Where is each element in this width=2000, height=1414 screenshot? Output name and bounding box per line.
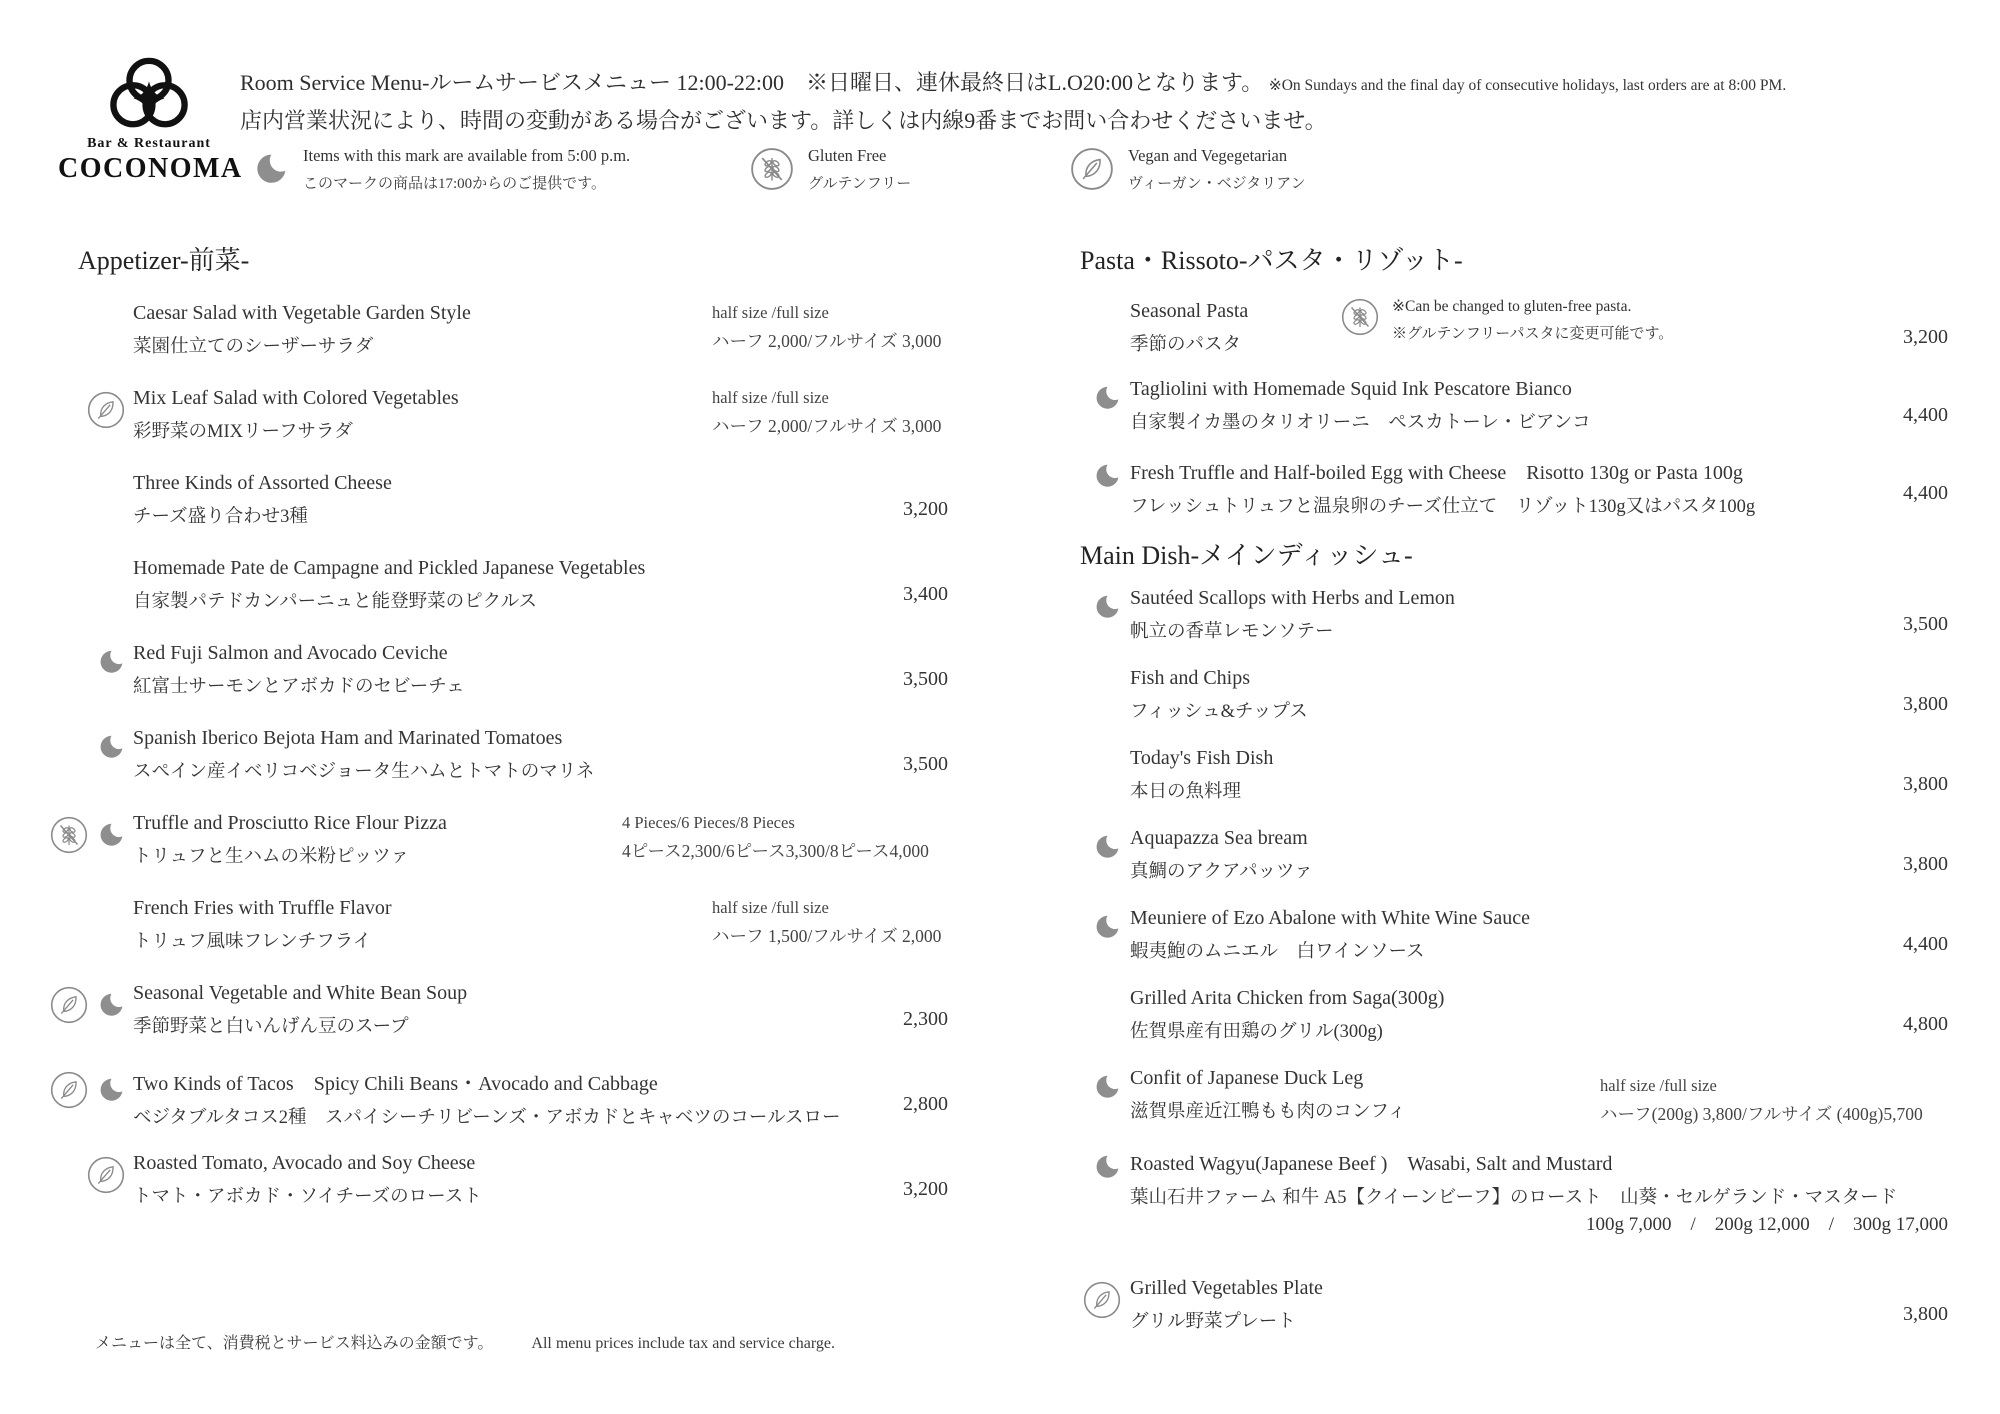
item-icons (1078, 830, 1122, 864)
item-name-ja: 本日の魚料理 (1130, 777, 1950, 803)
menu-item: Tagliolini with Homemade Squid Ink Pesca… (1078, 378, 1950, 456)
item-icons (30, 645, 126, 679)
menu-item: Three Kinds of Assorted Cheeseチーズ盛り合わせ3種… (30, 472, 950, 557)
item-name-ja: 真鯛のアクアパッツァ (1130, 857, 1950, 883)
moon-icon (1094, 459, 1122, 493)
menu-item: Seasonal Pasta季節のパスタ※Can be changed to g… (1078, 300, 1950, 378)
pasta-items: Seasonal Pasta季節のパスタ※Can be changed to g… (1078, 300, 1950, 534)
item-name-en: Grilled Vegetables Plate (1130, 1277, 1950, 1300)
legend-text-en: Items with this mark are available from … (303, 146, 630, 165)
footer-note-en: All menu prices include tax and service … (531, 1335, 835, 1352)
item-name-en: Roasted Tomato, Avocado and Soy Cheese (133, 1152, 950, 1175)
item-icons (1078, 590, 1122, 624)
item-name: Spanish Iberico Bejota Ham and Marinated… (133, 727, 950, 783)
item-name-en: Meuniere of Ezo Abalone with White Wine … (1130, 907, 1950, 930)
menu-item: Seasonal Vegetable and White Bean Soup季節… (30, 982, 950, 1067)
item-name: Three Kinds of Assorted Cheeseチーズ盛り合わせ3種 (133, 472, 950, 528)
item-icons (30, 1155, 126, 1195)
menu-item: Homemade Pate de Campagne and Pickled Ja… (30, 557, 950, 642)
item-name-ja: 佐賀県産有田鶏のグリル(300g) (1130, 1017, 1950, 1043)
item-name: Fresh Truffle and Half-boiled Egg with C… (1130, 456, 1950, 518)
item-name-en: Grilled Arita Chicken from Saga(300g) (1130, 987, 1950, 1010)
item-name-ja: 自家製イカ墨のタリオリーニ ペスカトーレ・ビアンコ (1130, 408, 1950, 434)
item-note-en: ※Can be changed to gluten-free pasta. (1392, 297, 1673, 316)
item-name: Tagliolini with Homemade Squid Ink Pesca… (1130, 378, 1950, 434)
item-icons (30, 985, 126, 1025)
item-name: Fish and Chipsフィッシュ&チップス (1130, 667, 1950, 723)
item-size: half size /full sizeハーフ(200g) 3,800/フルサイ… (1600, 1076, 1923, 1126)
menu-item: Sautéed Scallops with Herbs and Lemon帆立の… (1078, 587, 1950, 667)
item-price-line: 100g 7,000 / 200g 12,000 / 300g 17,000 (1586, 1209, 1948, 1236)
moon-icon (98, 730, 126, 764)
item-name-ja: 葉山石井ファーム 和牛 A5【クイーンビーフ】のロースト 山葵・セルゲランド・マ… (1130, 1183, 1950, 1209)
vegan-icon (86, 390, 126, 430)
item-price: 3,200 (903, 1178, 948, 1201)
item-icons (30, 1070, 126, 1110)
vegan-icon (49, 985, 89, 1025)
item-icons (30, 390, 126, 430)
footer-note-ja: メニューは全て、消費税とサービス料込みの金額です。 (95, 1335, 493, 1352)
moon-icon (98, 1073, 126, 1107)
item-size: half size /full sizeハーフ 2,000/フルサイズ 3,00… (712, 303, 941, 353)
item-size: half size /full sizeハーフ 1,500/フルサイズ 2,00… (712, 898, 941, 948)
appetizer-items: Caesar Salad with Vegetable Garden Style… (30, 302, 950, 1237)
item-name: Sautéed Scallops with Herbs and Lemon帆立の… (1130, 587, 1950, 643)
item-name-ja: グリル野菜プレート (1130, 1307, 1950, 1333)
item-name: Grilled Vegetables Plateグリル野菜プレート (1130, 1277, 1950, 1333)
moon-icon (1094, 1070, 1122, 1104)
moon-icon (1094, 910, 1122, 944)
legend-text-ja: グルテンフリー (808, 172, 911, 193)
item-size: 4 Pieces/6 Pieces/8 Pieces4ピース2,300/6ピース… (622, 813, 929, 863)
menu-subtitle: 店内営業状況により、時間の変動がある場合がございます。詳しくは内線9番までお問い… (240, 104, 1327, 135)
restaurant-logo: Bar & Restaurant COCONOMA (58, 56, 240, 185)
item-price: 3,200 (903, 498, 948, 521)
moon-icon (254, 146, 290, 192)
item-note: ※Can be changed to gluten-free pasta.※グル… (1340, 297, 1673, 343)
moon-icon (1094, 1150, 1122, 1184)
item-name: Homemade Pate de Campagne and Pickled Ja… (133, 557, 950, 613)
item-name: Red Fuji Salmon and Avocado Ceviche紅富士サー… (133, 642, 950, 698)
item-price: 2,800 (903, 1093, 948, 1116)
item-icons (1078, 1070, 1122, 1104)
item-icons (1078, 1280, 1122, 1320)
pasta-main-column: Pasta・Rissoto-パスタ・リゾット- Seasonal Pasta季節… (1078, 244, 1950, 1357)
vegan-icon (1082, 1280, 1122, 1320)
menu-item: Grilled Vegetables Plateグリル野菜プレート3,800 (1078, 1277, 1950, 1357)
item-size-en: half size /full size (712, 898, 941, 918)
item-size-en: half size /full size (712, 303, 941, 323)
item-name: Meuniere of Ezo Abalone with White Wine … (1130, 907, 1950, 963)
moon-icon (98, 988, 126, 1022)
menu-item: Grilled Arita Chicken from Saga(300g)佐賀県… (1078, 987, 1950, 1067)
gluten-free-icon (1340, 297, 1380, 337)
item-size-en: half size /full size (712, 388, 941, 408)
item-price: 3,500 (903, 668, 948, 691)
room-service-menu-page: Bar & Restaurant COCONOMA Room Service M… (0, 0, 2000, 1414)
item-name-en: Fresh Truffle and Half-boiled Egg with C… (1130, 456, 1950, 485)
item-name-ja: 自家製パテドカンパーニュと能登野菜のピクルス (133, 587, 950, 613)
moon-icon (98, 645, 126, 679)
item-name-en: Three Kinds of Assorted Cheese (133, 472, 950, 495)
item-price: 3,800 (1903, 853, 1948, 876)
menu-title: Room Service Menu-ルームサービスメニュー 12:00-22:0… (240, 66, 1786, 97)
vegan-icon (49, 1070, 89, 1110)
item-size-en: 4 Pieces/6 Pieces/8 Pieces (622, 813, 929, 833)
item-price: 3,500 (903, 753, 948, 776)
item-size-en: half size /full size (1600, 1076, 1923, 1096)
vegan-icon (1069, 146, 1115, 192)
item-price: 4,400 (1903, 404, 1948, 427)
menu-title-note-en: ※On Sundays and the final day of consecu… (1269, 77, 1787, 94)
legend-item-moon: Items with this mark are available from … (254, 146, 630, 193)
menu-item: Roasted Tomato, Avocado and Soy Cheeseトマ… (30, 1152, 950, 1237)
item-name-en: Roasted Wagyu(Japanese Beef ) Wasabi, Sa… (1130, 1147, 1950, 1176)
item-name-ja: 紅富士サーモンとアボカドのセビーチェ (133, 672, 950, 698)
section-title-appetizer: Appetizer-前菜- (78, 244, 950, 278)
item-icons (1078, 381, 1122, 415)
legend-text-en: Vegan and Vegegetarian (1128, 146, 1287, 165)
item-name-en: Seasonal Vegetable and White Bean Soup (133, 982, 950, 1005)
item-price: 3,800 (1903, 693, 1948, 716)
trefoil-flower-icon (99, 56, 199, 134)
item-name-en: Spanish Iberico Bejota Ham and Marinated… (133, 727, 950, 750)
item-name: Roasted Tomato, Avocado and Soy Cheeseトマ… (133, 1152, 950, 1208)
menu-item: Fish and Chipsフィッシュ&チップス3,800 (1078, 667, 1950, 747)
legend-text-ja: ヴィーガン・ベジタリアン (1128, 172, 1306, 193)
moon-icon (1094, 381, 1122, 415)
moon-icon (98, 818, 126, 852)
item-price: 3,400 (903, 583, 948, 606)
section-title-pasta: Pasta・Rissoto-パスタ・リゾット- (1080, 244, 1950, 278)
vegan-icon (86, 1155, 126, 1195)
legend-text-en: Gluten Free (808, 146, 886, 165)
legend-text-ja: このマークの商品は17:00からのご提供です。 (303, 172, 630, 193)
item-price: 2,300 (903, 1008, 948, 1031)
menu-item: Spanish Iberico Bejota Ham and Marinated… (30, 727, 950, 812)
menu-item: Roasted Wagyu(Japanese Beef ) Wasabi, Sa… (1078, 1147, 1950, 1265)
menu-item: Confit of Japanese Duck Leg滋賀県産近江鴨もも肉のコン… (1078, 1067, 1950, 1147)
item-price: 3,200 (1903, 326, 1948, 349)
item-name-ja: チーズ盛り合わせ3種 (133, 502, 950, 528)
menu-item: Caesar Salad with Vegetable Garden Style… (30, 302, 950, 387)
menu-item: Aquapazza Sea bream真鯛のアクアパッツァ3,800 (1078, 827, 1950, 907)
menu-item: Truffle and Prosciutto Rice Flour Pizzaト… (30, 812, 950, 897)
item-name-ja: スペイン産イベリコベジョータ生ハムとトマトのマリネ (133, 757, 950, 783)
gluten-free-icon (49, 815, 89, 855)
menu-title-main: Room Service Menu-ルームサービスメニュー 12:00-22:0… (240, 70, 1263, 95)
main-dish-items: Sautéed Scallops with Herbs and Lemon帆立の… (1078, 587, 1950, 1357)
footer-note: メニューは全て、消費税とサービス料込みの金額です。 All menu price… (95, 1330, 835, 1353)
item-price: 3,500 (1903, 613, 1948, 636)
item-icons (30, 730, 126, 764)
item-name: Aquapazza Sea bream真鯛のアクアパッツァ (1130, 827, 1950, 883)
logo-subtitle: Bar & Restaurant (58, 136, 240, 152)
item-icons (1078, 1150, 1122, 1184)
item-price: 3,800 (1903, 773, 1948, 796)
menu-item: Two Kinds of Tacos Spicy Chili Beans・Avo… (30, 1067, 950, 1152)
appetizer-column: Appetizer-前菜- Caesar Salad with Vegetabl… (30, 244, 950, 1237)
item-price: 3,800 (1903, 1303, 1948, 1326)
item-size-ja: ハーフ(200g) 3,800/フルサイズ (400g)5,700 (1600, 1101, 1923, 1126)
item-size-ja: ハーフ 1,500/フルサイズ 2,000 (712, 923, 941, 948)
item-note-ja: ※グルテンフリーパスタに変更可能です。 (1392, 322, 1673, 343)
item-price: 4,400 (1903, 482, 1948, 505)
item-name-ja: 季節野菜と白いんげん豆のスープ (133, 1012, 950, 1038)
item-size-ja: ハーフ 2,000/フルサイズ 3,000 (712, 328, 941, 353)
item-name-ja: 帆立の香草レモンソテー (1130, 617, 1950, 643)
item-name-ja: トマト・アボカド・ソイチーズのロースト (133, 1182, 950, 1208)
logo-name: COCONOMA (58, 153, 240, 185)
item-name-en: Sautéed Scallops with Herbs and Lemon (1130, 587, 1950, 610)
item-size-ja: ハーフ 2,000/フルサイズ 3,000 (712, 413, 941, 438)
item-icons (1078, 910, 1122, 944)
item-name-en: Tagliolini with Homemade Squid Ink Pesca… (1130, 378, 1950, 401)
item-name-en: Today's Fish Dish (1130, 747, 1950, 770)
moon-icon (1094, 830, 1122, 864)
legend-item-vegan: Vegan and Vegegetarianヴィーガン・ベジタリアン (1069, 146, 1306, 193)
item-name-ja: ベジタブルタコス2種 スパイシーチリビーンズ・アボカドとキャベツのコールスロー (133, 1103, 950, 1129)
item-icons (30, 815, 126, 855)
item-name: Two Kinds of Tacos Spicy Chili Beans・Avo… (133, 1067, 950, 1129)
item-name-ja: フィッシュ&チップス (1130, 697, 1950, 723)
menu-item: Fresh Truffle and Half-boiled Egg with C… (1078, 456, 1950, 534)
menu-item: French Fries with Truffle Flavorトリュフ風味フレ… (30, 897, 950, 982)
item-name-en: Homemade Pate de Campagne and Pickled Ja… (133, 557, 950, 580)
item-name-en: Aquapazza Sea bream (1130, 827, 1950, 850)
item-size-ja: 4ピース2,300/6ピース3,300/8ピース4,000 (622, 838, 929, 863)
item-name-ja: フレッシュトリュフと温泉卵のチーズ仕立て リゾット130g又はパスタ100g (1130, 492, 1950, 518)
gluten-free-icon (749, 146, 795, 192)
legend-item-gluten-free: Gluten Freeグルテンフリー (749, 146, 911, 193)
moon-icon (1094, 590, 1122, 624)
section-title-main-dish: Main Dish-メインディッシュ- (1080, 539, 1950, 573)
menu-item: Mix Leaf Salad with Colored Vegetables彩野… (30, 387, 950, 472)
item-name: Seasonal Vegetable and White Bean Soup季節… (133, 982, 950, 1038)
item-price: 4,800 (1903, 1013, 1948, 1036)
menu-item: Today's Fish Dish本日の魚料理3,800 (1078, 747, 1950, 827)
item-name-en: Red Fuji Salmon and Avocado Ceviche (133, 642, 950, 665)
item-size: half size /full sizeハーフ 2,000/フルサイズ 3,00… (712, 388, 941, 438)
item-name-en: Fish and Chips (1130, 667, 1950, 690)
menu-item: Red Fuji Salmon and Avocado Ceviche紅富士サー… (30, 642, 950, 727)
item-name: Today's Fish Dish本日の魚料理 (1130, 747, 1950, 803)
item-icons (1078, 459, 1122, 493)
item-name-ja: 蝦夷鮑のムニエル 白ワインソース (1130, 937, 1950, 963)
item-name: Roasted Wagyu(Japanese Beef ) Wasabi, Sa… (1130, 1147, 1950, 1209)
item-name-en: Two Kinds of Tacos Spicy Chili Beans・Avo… (133, 1067, 950, 1096)
menu-item: Meuniere of Ezo Abalone with White Wine … (1078, 907, 1950, 987)
item-price: 4,400 (1903, 933, 1948, 956)
item-name: Grilled Arita Chicken from Saga(300g)佐賀県… (1130, 987, 1950, 1043)
